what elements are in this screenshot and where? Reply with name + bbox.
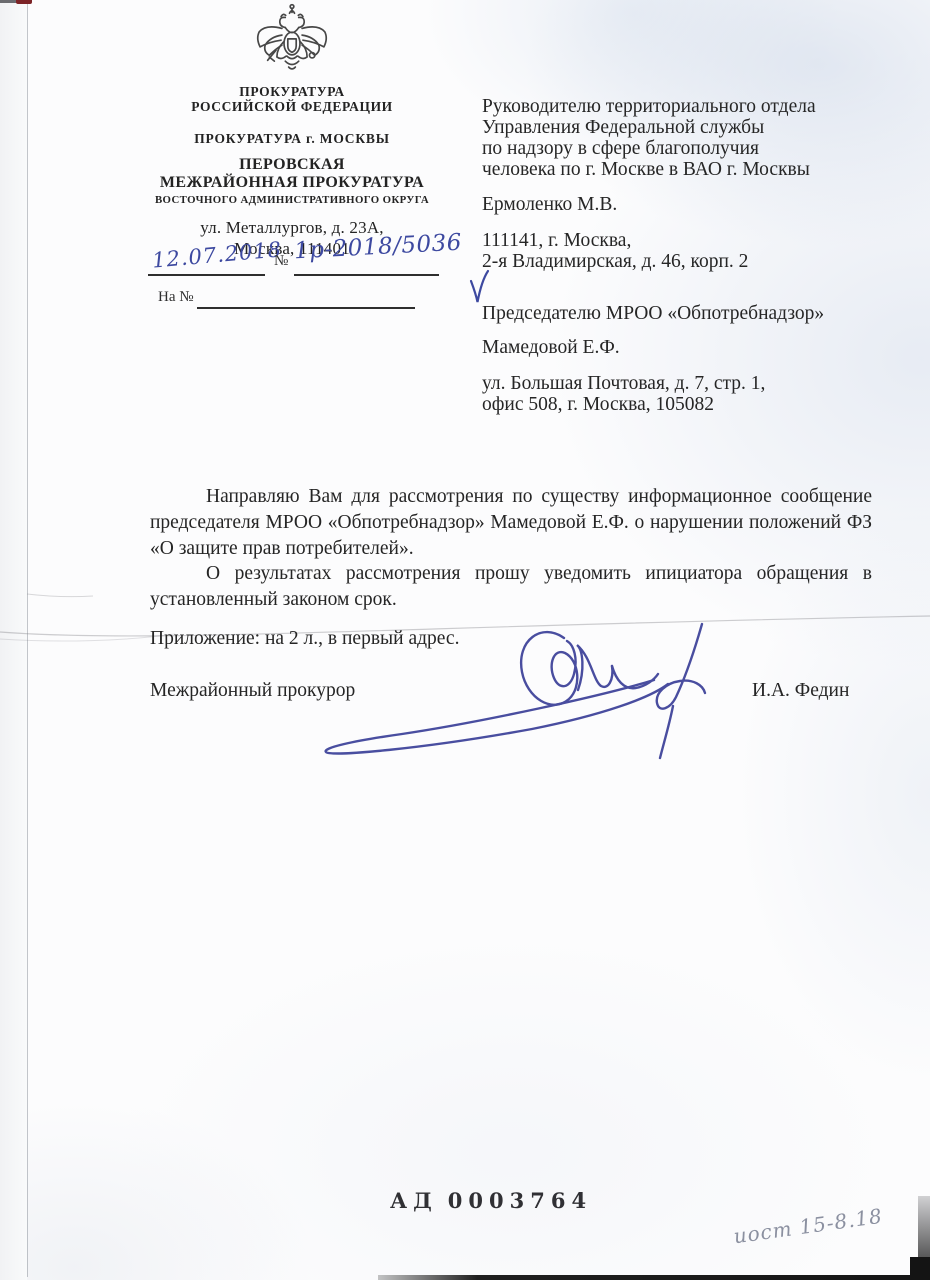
org-name-line: РОССИЙСКОЙ ФЕДЕРАЦИИ [118, 99, 466, 114]
recipient-2-address: ул. Большая Почтовая, д. 7, стр. 1, офис… [482, 374, 882, 415]
russia-coat-of-arms-icon [250, 2, 334, 80]
scan-corner-shadow [910, 1257, 930, 1280]
handwritten-bottom-note: иост 15-8.18 [732, 1204, 884, 1249]
stamp-prefix: АД [390, 1188, 438, 1213]
org-name-line: ПРОКУРАТУРА [118, 84, 466, 99]
reply-to-underline [197, 307, 415, 309]
recipient-2-title: Председателю МРОО «Обпотребнадзор» [482, 303, 882, 324]
handwritten-checkmark-icon [468, 269, 490, 307]
recipient-line: по надзору в сфере благополучия [482, 138, 882, 159]
address-line: ул. Большая Почтовая, д. 7, стр. 1, [482, 374, 882, 395]
recipient-line: Руководителю территориального отдела [482, 96, 882, 117]
recipient-1-address: 111141, г. Москва, 2-я Владимирская, д. … [482, 231, 882, 272]
body-paragraph-2: О результатах рассмотрения прошу уведоми… [150, 561, 872, 613]
reply-to-label: На № [158, 289, 194, 306]
serial-number-stamp: АД0003764 [390, 1188, 592, 1213]
org-subdivision: ПРОКУРАТУРА г. МОСКВЫ [118, 131, 466, 147]
recipient-1-name: Ермоленко М.В. [482, 194, 882, 215]
scan-bottom-edge [378, 1275, 930, 1280]
prosecutor-office-name: МЕЖРАЙОННАЯ ПРОКУРАТУРА [118, 174, 466, 192]
scan-red-mark [16, 0, 32, 4]
letterhead: ПРОКУРАТУРА РОССИЙСКОЙ ФЕДЕРАЦИИ ПРОКУРА… [118, 2, 466, 259]
scanned-letter-page: ПРОКУРАТУРА РОССИЙСКОЙ ФЕДЕРАЦИИ ПРОКУРА… [0, 0, 930, 1280]
letter-body: Направляю Вам для рассмотрения по сущест… [150, 484, 872, 613]
recipient-line: Управления Федеральной службы [482, 117, 882, 138]
address-line: 2-я Владимирская, д. 46, корп. 2 [482, 252, 882, 273]
prosecutor-office-name: ПЕРОВСКАЯ [118, 156, 466, 174]
address-line: офис 508, г. Москва, 105082 [482, 395, 882, 416]
body-paragraph-1: Направляю Вам для рассмотрения по сущест… [150, 484, 872, 561]
recipient-1-position: Руководителю территориального отдела Упр… [482, 96, 882, 180]
stamp-number: 0003764 [448, 1188, 592, 1213]
number-underline [294, 274, 439, 276]
number-sign: № [274, 253, 288, 270]
scan-left-margin [0, 0, 27, 1280]
recipient-line: человека по г. Москве в ВАО г. Москвы [482, 159, 882, 180]
date-underline [148, 274, 265, 276]
recipient-2-name: Мамедовой Е.Ф. [482, 337, 882, 358]
signer-name: И.А. Федин [752, 680, 849, 702]
handwritten-signature [302, 618, 726, 760]
handwritten-date: 12.07.2018 [151, 237, 283, 272]
district-line: ВОСТОЧНОГО АДМИНИСТРАТИВНОГО ОКРУГА [118, 194, 466, 206]
scan-paper-edge-line [27, 0, 28, 1277]
address-line: 111141, г. Москва, [482, 231, 882, 252]
